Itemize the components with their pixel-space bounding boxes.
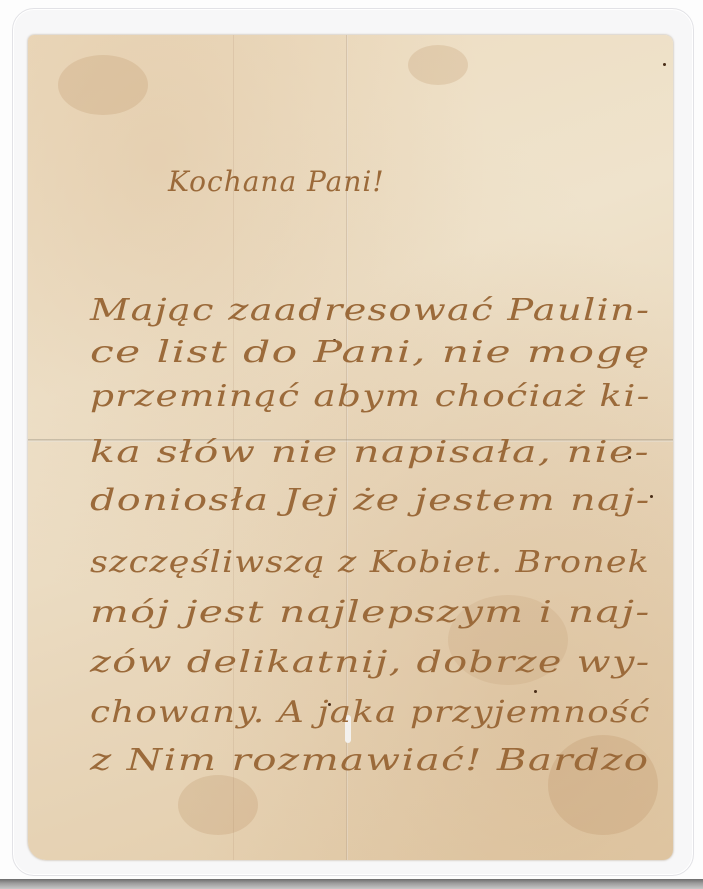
letter-line-3: przeminąć abym choćiaż ki-: [90, 379, 651, 414]
scanned-document: Kochana Pani! Mając zaadresować Paulin- …: [0, 0, 703, 889]
letter-line-10: z Nim rozmawiać! Bardzo: [90, 743, 649, 778]
letter-line-4: ka słów nie napisała, nie-: [90, 435, 650, 470]
letter-line-5: doniosła Jej że jestem naj-: [90, 483, 651, 518]
ink-speck: [534, 690, 537, 693]
letter-line-1: Mając zaadresować Paulin-: [90, 293, 650, 328]
letter-line-2: ce list do Pani, nie mogę: [90, 335, 651, 370]
letter-line-6: szczęśliwszą z Kobiet. Bronek: [90, 545, 650, 580]
age-stain: [58, 55, 148, 115]
letter-line-9: chowany. A jaka przyjemność: [90, 695, 651, 730]
letter-paper: Kochana Pani! Mając zaadresować Paulin- …: [28, 35, 673, 860]
letter-line-8: zów delikatnij, dobrze wy-: [90, 645, 650, 680]
letter-salutation: Kochana Pani!: [168, 165, 385, 198]
age-stain: [408, 45, 468, 85]
scanner-edge: [0, 879, 703, 889]
age-stain: [178, 775, 258, 835]
letter-line-7: mój jest najlepszym i naj-: [90, 595, 651, 630]
ink-speck: [663, 63, 666, 66]
